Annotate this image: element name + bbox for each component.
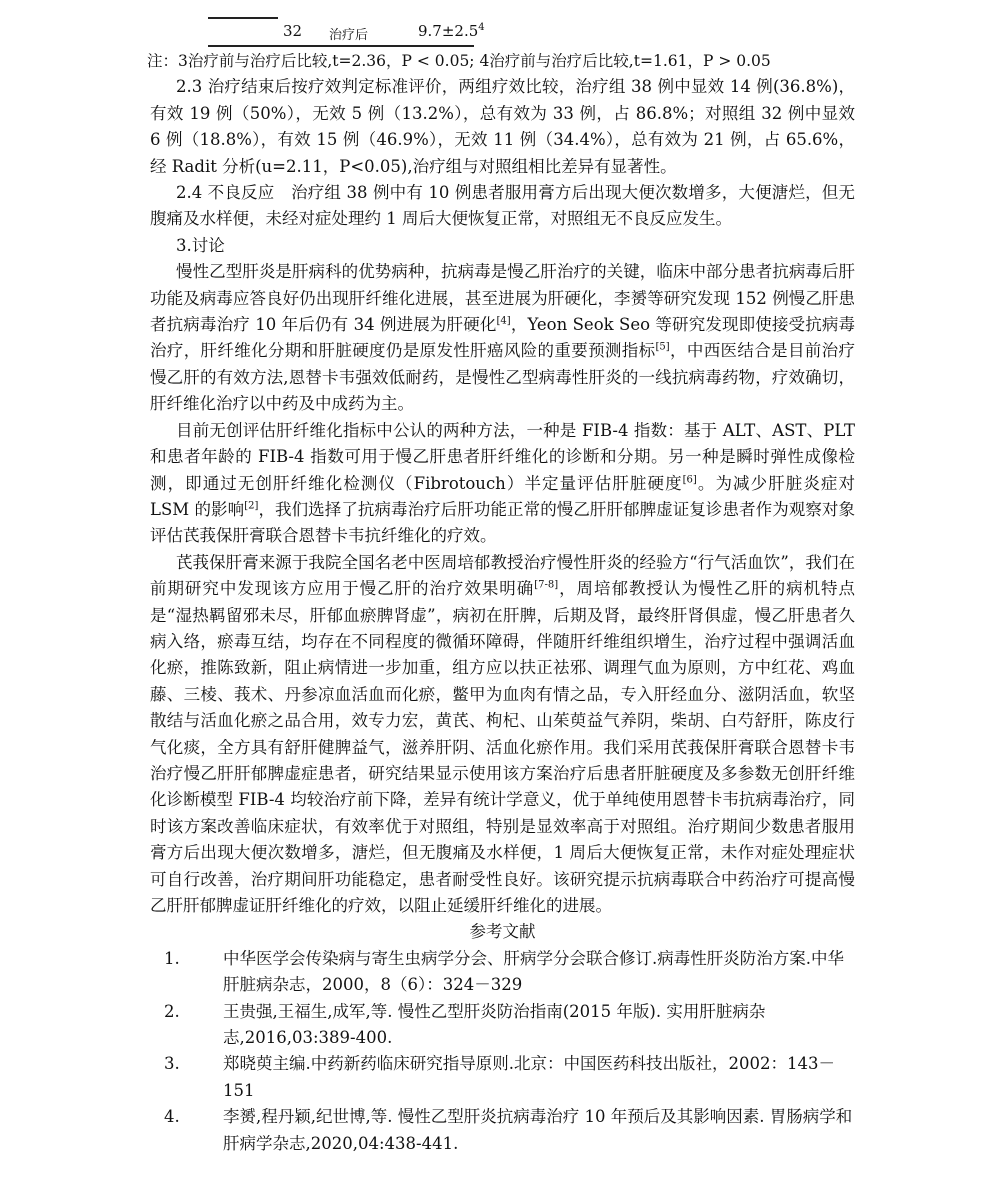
section-2-4: 2.4 不良反应 治疗组 38 例中有 10 例患者服用膏方后出现大便次数增多，… — [150, 180, 855, 233]
reference-item: 3. 郑晓萸主编.中药新药临床研究指导原则.北京：中国医药科技出版社，2002：… — [150, 1051, 855, 1104]
citation: [6] — [683, 474, 697, 485]
reference-number: 3. — [164, 1051, 180, 1077]
value-footnote: 4 — [478, 22, 484, 33]
citation: [2] — [244, 500, 258, 511]
citation: [4] — [497, 316, 511, 327]
reference-item: 2. 王贵强,王福生,成军,等. 慢性乙型肝炎防治指南(2015 年版). 实用… — [150, 999, 855, 1052]
table-rule-bottom — [208, 45, 474, 47]
reference-item: 1. 中华医学会传染病与寄生虫病学分会、肝病学分会联合修订.病毒性肝炎防治方案.… — [150, 946, 855, 999]
table-note: 注：3治疗前与治疗后比较,t=2.36，P < 0.05; 4治疗前与治疗后比较… — [147, 48, 855, 74]
reference-item: 4. 李赟,程丹颖,纪世博,等. 慢性乙型肝炎抗病毒治疗 10 年预后及其影响因… — [150, 1104, 855, 1157]
value-text: 9.7±2.5 — [418, 22, 478, 40]
table-cell-value: 9.7±2.54 — [418, 22, 485, 40]
table-rule-short — [208, 17, 278, 19]
table-cell-group: 治疗后 — [329, 24, 368, 43]
reference-number: 4. — [164, 1104, 180, 1130]
table-cell-n: 32 — [283, 22, 302, 40]
body-text: 注：3治疗前与治疗后比较,t=2.36，P < 0.05; 4治疗前与治疗后比较… — [150, 48, 855, 1157]
reference-text: 郑晓萸主编.中药新药临床研究指导原则.北京：中国医药科技出版社，2002：143… — [223, 1051, 855, 1104]
section-3-heading: 3.讨论 — [150, 233, 855, 259]
discussion-paragraph-3: 芪莪保肝膏来源于我院全国名老中医周培郁教授治疗慢性肝炎的经验方“行气活血饮”，我… — [150, 550, 855, 920]
table-row: 32 治疗后 9.7±2.54 — [208, 22, 474, 46]
reference-number: 1. — [164, 946, 180, 972]
citation: [7-8] — [534, 580, 558, 591]
reference-number: 2. — [164, 999, 180, 1025]
discussion-paragraph-2: 目前无创评估肝纤维化指标中公认的两种方法，一种是 FIB-4 指数：基于 ALT… — [150, 418, 855, 550]
reference-text: 中华医学会传染病与寄生虫病学分会、肝病学分会联合修订.病毒性肝炎防治方案.中华肝… — [223, 946, 855, 999]
discussion-paragraph-1: 慢性乙型肝炎是肝病科的优势病种，抗病毒是慢乙肝治疗的关键，临床中部分患者抗病毒后… — [150, 259, 855, 417]
references-title: 参考文献 — [150, 919, 855, 945]
section-2-3: 2.3 治疗结束后按疗效判定标准评价，两组疗效比较，治疗组 38 例中显效 14… — [150, 74, 855, 180]
reference-text: 王贵强,王福生,成军,等. 慢性乙型肝炎防治指南(2015 年版). 实用肝脏病… — [223, 999, 855, 1052]
text: ，周培郁教授认为慢性乙肝的病机特点是“湿热羁留邪未尽，肝郁血瘀脾肾虚”，病初在肝… — [150, 579, 855, 915]
reference-text: 李赟,程丹颖,纪世博,等. 慢性乙型肝炎抗病毒治疗 10 年预后及其影响因素. … — [223, 1104, 855, 1157]
citation: [5] — [655, 342, 669, 353]
